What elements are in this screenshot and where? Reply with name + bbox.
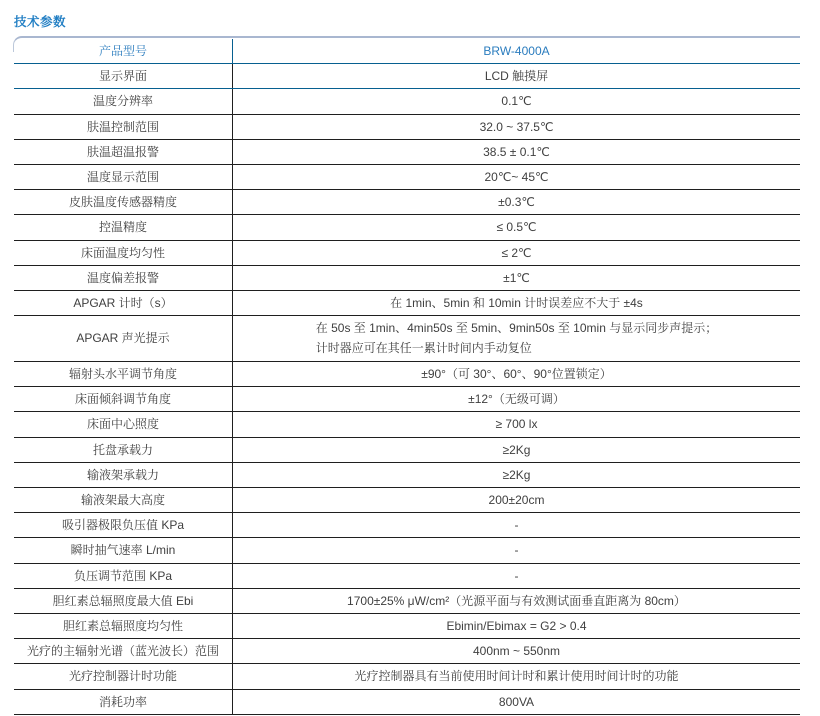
param-value: -: [233, 538, 800, 562]
table-row: 温度分辨率0.1℃: [14, 89, 800, 114]
param-label: APGAR 声光提示: [14, 316, 233, 361]
param-label: 床面温度均匀性: [14, 241, 233, 265]
param-value: ≥2Kg: [233, 463, 800, 487]
table-row: 吸引器极限负压值 KPa-: [14, 513, 800, 538]
param-value-line: 在 50s 至 1min、4min50s 至 5min、9min50s 至 10…: [316, 319, 717, 338]
param-label: 辐射头水平调节角度: [14, 362, 233, 386]
table-row: 温度偏差报警±1℃: [14, 266, 800, 291]
page-title: 技术参数: [14, 12, 800, 30]
table-row: APGAR 计时（s）在 1min、5min 和 10min 计时误差应不大于 …: [14, 291, 800, 316]
param-value: 在 50s 至 1min、4min50s 至 5min、9min50s 至 10…: [233, 316, 800, 361]
param-label: 胆红素总辐照度最大值 Ebi: [14, 589, 233, 613]
param-value: ±90°（可 30°、60°、90°位置锁定）: [233, 362, 800, 386]
table-row: 胆红素总辐照度均匀性Ebimin/Ebimax = G2 > 0.4: [14, 614, 800, 639]
table-row: 瞬时抽气速率 L/min-: [14, 538, 800, 563]
param-label: 托盘承载力: [14, 438, 233, 462]
table-row: 控温精度≤ 0.5℃: [14, 215, 800, 240]
param-value: 光疗控制器具有当前使用时间计时和累计使用时间计时的功能: [233, 664, 800, 688]
param-label: 输液架承载力: [14, 463, 233, 487]
table-row: 肤温超温报警38.5 ± 0.1℃: [14, 140, 800, 165]
param-label: 温度分辨率: [14, 89, 233, 113]
param-label: 床面倾斜调节角度: [14, 387, 233, 411]
param-value: -: [233, 513, 800, 537]
param-label: 床面中心照度: [14, 412, 233, 436]
param-value: 32.0 ~ 37.5℃: [233, 115, 800, 139]
param-label: 温度偏差报警: [14, 266, 233, 290]
table-row: 床面倾斜调节角度±12°（无级可调）: [14, 387, 800, 412]
param-value: 200±20cm: [233, 488, 800, 512]
table-row: 肤温控制范围32.0 ~ 37.5℃: [14, 115, 800, 140]
param-label: 温度显示范围: [14, 165, 233, 189]
table-row: 辐射头水平调节角度±90°（可 30°、60°、90°位置锁定）: [14, 362, 800, 387]
param-value: -: [233, 564, 800, 588]
param-value: 400nm ~ 550nm: [233, 639, 800, 663]
param-label: 负压调节范围 KPa: [14, 564, 233, 588]
table-row: 负压调节范围 KPa-: [14, 564, 800, 589]
param-label: 产品型号: [14, 39, 233, 63]
table-row: 光疗的主辐射光谱（蓝光波长）范围400nm ~ 550nm: [14, 639, 800, 664]
param-label: 显示界面: [14, 64, 233, 88]
param-label: APGAR 计时（s）: [14, 291, 233, 315]
table-row: 皮肤温度传感器精度±0.3℃: [14, 190, 800, 215]
table-row: 床面中心照度≥ 700 lx: [14, 412, 800, 437]
param-label: 输液架最大高度: [14, 488, 233, 512]
param-value: 0.1℃: [233, 89, 800, 113]
table-row: 产品型号BRW-4000A: [14, 39, 800, 64]
param-value: ±0.3℃: [233, 190, 800, 214]
param-label: 肤温超温报警: [14, 140, 233, 164]
param-value-multiline: 在 50s 至 1min、4min50s 至 5min、9min50s 至 10…: [316, 319, 717, 357]
spec-table: 产品型号BRW-4000A显示界面LCD 触摸屏温度分辨率0.1℃肤温控制范围3…: [14, 39, 800, 715]
param-label: 胆红素总辐照度均匀性: [14, 614, 233, 638]
param-label: 瞬时抽气速率 L/min: [14, 538, 233, 562]
param-label: 光疗的主辐射光谱（蓝光波长）范围: [14, 639, 233, 663]
table-row: 显示界面LCD 触摸屏: [14, 64, 800, 89]
param-value: 在 1min、5min 和 10min 计时误差应不大于 ±4s: [233, 291, 800, 315]
param-value: 1700±25% μW/cm²（光源平面与有效测试面垂直距离为 80cm）: [233, 589, 800, 613]
param-label: 光疗控制器计时功能: [14, 664, 233, 688]
param-value: ≥2Kg: [233, 438, 800, 462]
param-value: ±12°（无级可调）: [233, 387, 800, 411]
spec-page: 技术参数 产品型号BRW-4000A显示界面LCD 触摸屏温度分辨率0.1℃肤温…: [0, 0, 820, 715]
param-label: 消耗功率: [14, 690, 233, 714]
param-value: ≥ 700 lx: [233, 412, 800, 436]
table-row: 输液架最大高度200±20cm: [14, 488, 800, 513]
param-value: BRW-4000A: [233, 39, 800, 63]
param-value: 38.5 ± 0.1℃: [233, 140, 800, 164]
table-row: 光疗控制器计时功能光疗控制器具有当前使用时间计时和累计使用时间计时的功能: [14, 664, 800, 689]
table-row: 输液架承载力≥2Kg: [14, 463, 800, 488]
param-value: ≤ 2℃: [233, 241, 800, 265]
table-row: 胆红素总辐照度最大值 Ebi1700±25% μW/cm²（光源平面与有效测试面…: [14, 589, 800, 614]
table-row: 温度显示范围20℃~ 45℃: [14, 165, 800, 190]
param-value: 800VA: [233, 690, 800, 714]
param-value: ±1℃: [233, 266, 800, 290]
param-label: 皮肤温度传感器精度: [14, 190, 233, 214]
table-row: 床面温度均匀性≤ 2℃: [14, 241, 800, 266]
param-value: LCD 触摸屏: [233, 64, 800, 88]
param-value-line: 计时器应可在其任一累计时间内手动复位: [316, 339, 717, 358]
table-row: 托盘承载力≥2Kg: [14, 438, 800, 463]
param-label: 肤温控制范围: [14, 115, 233, 139]
param-value: Ebimin/Ebimax = G2 > 0.4: [233, 614, 800, 638]
param-label: 控温精度: [14, 215, 233, 239]
param-value: 20℃~ 45℃: [233, 165, 800, 189]
table-row: 消耗功率800VA: [14, 690, 800, 715]
param-value: ≤ 0.5℃: [233, 215, 800, 239]
param-label: 吸引器极限负压值 KPa: [14, 513, 233, 537]
table-row: APGAR 声光提示在 50s 至 1min、4min50s 至 5min、9m…: [14, 316, 800, 362]
